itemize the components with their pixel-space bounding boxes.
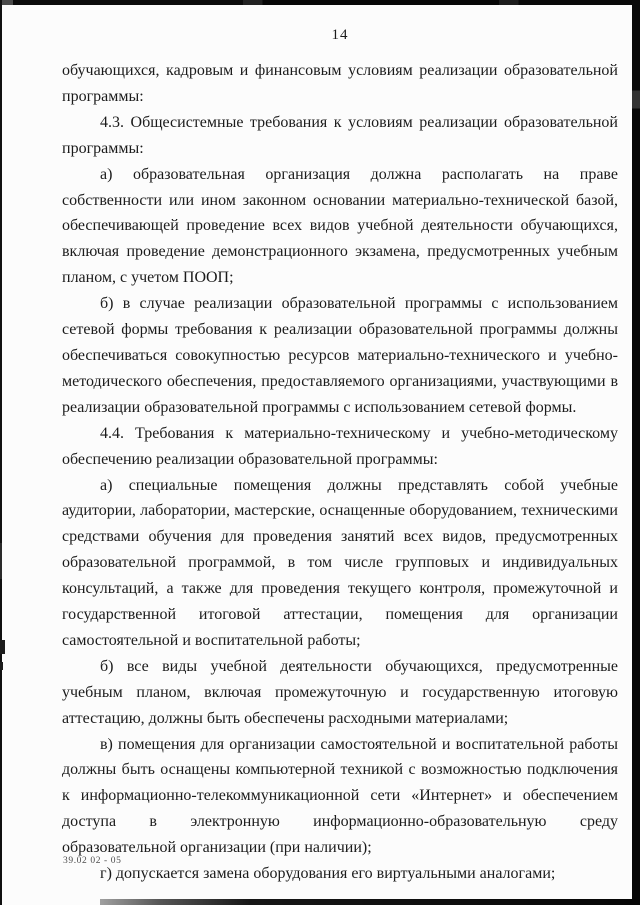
document-paragraph: в) помещения для организации самостоятел… (62, 732, 618, 862)
scan-artifact-right-edge (632, 0, 640, 905)
document-paragraph: б) все виды учебной деятельности обучающ… (62, 654, 618, 732)
document-paragraph: 4.4. Требования к материально-техническо… (62, 421, 618, 473)
document-paragraph: обучающихся, кадровым и финансовым услов… (62, 58, 618, 110)
footer-document-code: 39.02 02 - 05 (63, 856, 121, 866)
document-paragraph: б) в случае реализации образовательной п… (62, 291, 618, 421)
scan-artifact-bottom-edge (100, 899, 640, 905)
scanned-document-page: 14 обучающихся, кадровым и финансовым ус… (0, 0, 640, 905)
scan-artifact-left-edge (0, 0, 2, 905)
scan-artifact-speck (0, 662, 3, 670)
document-paragraph: г) допускается замена оборудования его в… (62, 861, 618, 887)
document-paragraph: а) специальные помещения должны представ… (62, 473, 618, 654)
document-paragraph: а) образовательная организация должна ра… (62, 162, 618, 292)
document-paragraph: 4.3. Общесистемные требования к условиям… (62, 110, 618, 162)
scan-artifact-top-edge (0, 0, 640, 5)
scan-artifact-speck (0, 640, 5, 654)
page-number: 14 (62, 27, 618, 44)
document-body: обучающихся, кадровым и финансовым услов… (62, 58, 618, 887)
